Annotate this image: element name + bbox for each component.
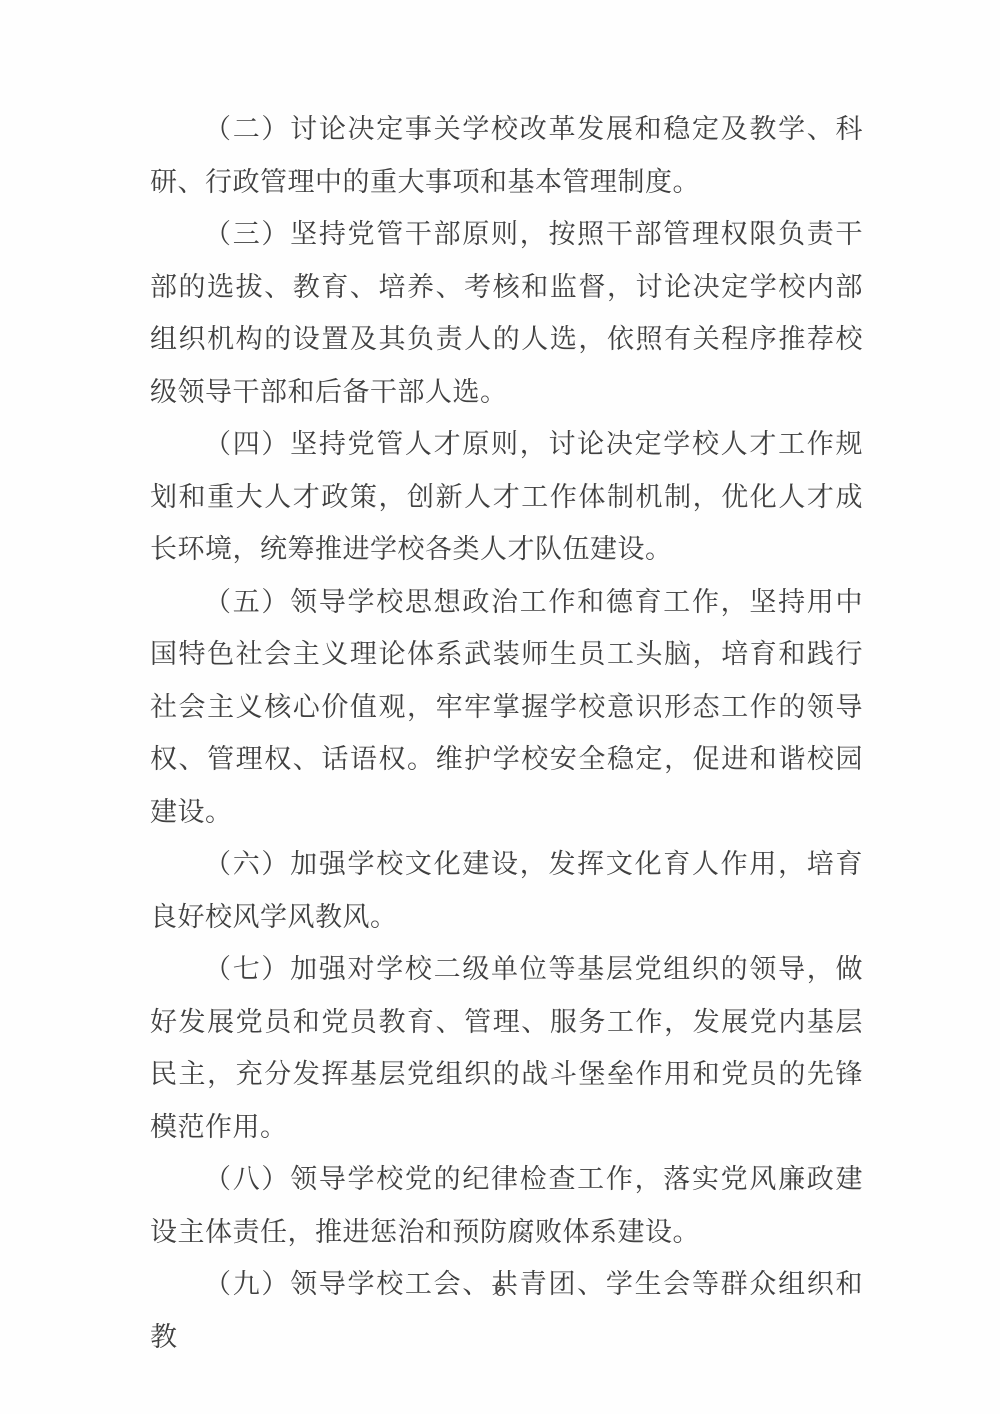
paragraph: （二）讨论决定事关学校改革发展和稳定及教学、科研、行政管理中的重大事项和基本管理… bbox=[150, 103, 863, 208]
paragraph: （六）加强学校文化建设，发挥文化育人作用，培育良好校风学风教风。 bbox=[150, 838, 863, 943]
document-body: （二）讨论决定事关学校改革发展和稳定及教学、科研、行政管理中的重大事项和基本管理… bbox=[150, 103, 863, 1363]
paragraph: （八）领导学校党的纪律检查工作，落实党风廉政建设主体责任，推进惩治和预防腐败体系… bbox=[150, 1153, 863, 1258]
page-number: 6 bbox=[0, 1276, 1000, 1302]
paragraph: （四）坚持党管人才原则，讨论决定学校人才工作规划和重大人才政策，创新人才工作体制… bbox=[150, 418, 863, 576]
paragraph: （三）坚持党管干部原则，按照干部管理权限负责干部的选拔、教育、培养、考核和监督，… bbox=[150, 208, 863, 418]
paragraph: （七）加强对学校二级单位等基层党组织的领导，做好发展党员和党员教育、管理、服务工… bbox=[150, 943, 863, 1153]
paragraph: （九）领导学校工会、共青团、学生会等群众组织和教 bbox=[150, 1258, 863, 1363]
paragraph: （五）领导学校思想政治工作和德育工作，坚持用中国特色社会主义理论体系武装师生员工… bbox=[150, 576, 863, 839]
document-page: （二）讨论决定事关学校改革发展和稳定及教学、科研、行政管理中的重大事项和基本管理… bbox=[0, 0, 1000, 1414]
